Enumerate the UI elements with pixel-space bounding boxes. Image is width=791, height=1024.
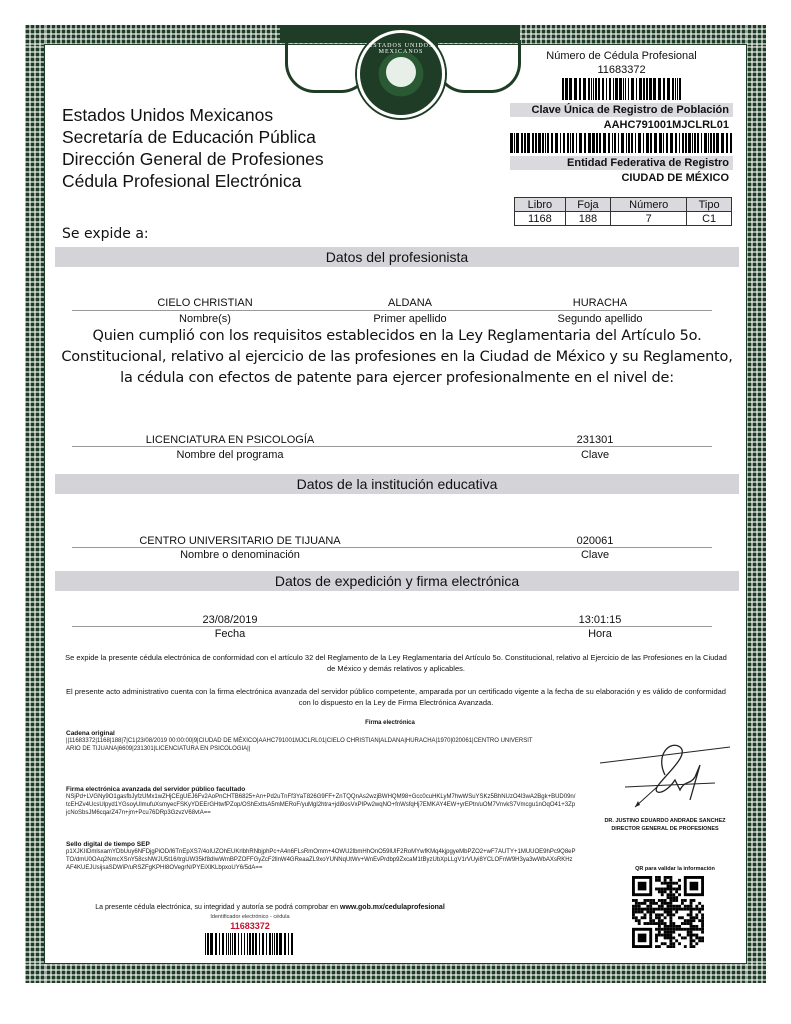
cedula-barcode [510, 78, 733, 100]
electronic-id-number: 11683372 [200, 921, 300, 931]
qr-code-icon[interactable] [632, 876, 704, 948]
legal-paragraph-1: Se expide la presente cédula electrónica… [60, 652, 732, 674]
institucion-divider [72, 547, 712, 548]
issuer-line-directorate: Dirección General de Profesiones [62, 148, 324, 170]
document-title: Cédula Profesional Electrónica [62, 170, 324, 192]
programa-value: LICENCIATURA EN PSICOLOGÍA [130, 434, 330, 446]
registry-header-numero: Número [611, 198, 687, 212]
registry-table: Libro Foja Número Tipo 1168 188 7 C1 [514, 197, 732, 226]
legal-paragraph-2: El presente acto administrativo cuenta c… [60, 686, 732, 708]
seal-text: ESTADOS UNIDOS MEXICANOS [360, 43, 442, 55]
qr-label: QR para validar la información [615, 866, 735, 872]
registry-tipo: C1 [687, 212, 732, 226]
primer-apellido-value: ALDANA [340, 297, 480, 309]
verification-text: La presente cédula electrónica, su integ… [95, 904, 340, 911]
registry-header-tipo: Tipo [687, 198, 732, 212]
issued-to-label: Se expide a: [62, 226, 149, 242]
handwritten-signature-icon [595, 735, 735, 810]
crest-right-ornament [435, 40, 521, 93]
issuer-line-secretariat: Secretaría de Educación Pública [62, 126, 324, 148]
section-header-profesionista: Datos del profesionista [55, 247, 739, 267]
curp-barcode [510, 133, 733, 153]
registry-libro: 1168 [515, 212, 566, 226]
firma-title: Firma electrónica [330, 720, 450, 726]
electronic-id-label: Identificador electrónico - cédula [200, 914, 300, 920]
nombres-label: Nombre(s) [125, 313, 285, 325]
expedicion-divider [72, 626, 712, 627]
institucion-clave-value: 020061 [560, 535, 630, 547]
registry-block: Número de Cédula Profesional 11683372 Cl… [510, 50, 733, 186]
section-header-expedicion: Datos de expedición y firma electrónica [55, 571, 739, 591]
verification-link[interactable]: www.gob.mx/cedulaprofesional [340, 904, 445, 911]
director-title: DIRECTOR GENERAL DE PROFESIONES [585, 825, 745, 833]
registry-header-foja: Foja [565, 198, 610, 212]
director-name: DR. JUSTINO EDUARDO ANDRADE SANCHEZ [585, 817, 745, 825]
sello-value: p1XJKIIDmlsxamYDbUuy6NFDjgPiOD/l6TnEpXS7… [66, 848, 576, 872]
programa-label: Nombre del programa [130, 449, 330, 461]
servidor-label: Firma electrónica avanzada del servidor … [66, 786, 586, 793]
fecha-value: 23/08/2019 [170, 614, 290, 626]
issuer-line-country: Estados Unidos Mexicanos [62, 104, 324, 126]
programa-divider [72, 446, 712, 447]
primer-apellido-label: Primer apellido [340, 313, 480, 325]
registry-header-libro: Libro [515, 198, 566, 212]
institucion-label: Nombre o denominación [120, 549, 360, 561]
sello-label: Sello digital de tiempo SEP [66, 841, 586, 848]
programa-clave-value: 231301 [560, 434, 630, 446]
cedula-number-label: Número de Cédula Profesional [510, 50, 733, 62]
curp-value: AAHC791001MJCLRL01 [510, 117, 733, 133]
issuer-title-block: Estados Unidos Mexicanos Secretaría de E… [62, 104, 324, 192]
hora-value: 13:01:15 [560, 614, 640, 626]
cadena-value: ||11683372|1168|188|7|C1|23/08/2019 00:0… [66, 737, 536, 753]
sello-block: Sello digital de tiempo SEP p1XJKIIDmlsx… [66, 841, 586, 872]
cadena-label: Cadena original [66, 730, 566, 737]
section-header-institucion: Datos de la institución educativa [55, 474, 739, 494]
eagle-icon [386, 57, 416, 87]
segundo-apellido-value: HURACHA [520, 297, 680, 309]
verification-note: La presente cédula electrónica, su integ… [60, 904, 480, 911]
hora-label: Hora [560, 628, 640, 640]
programa-clave-label: Clave [560, 449, 630, 461]
curp-label: Clave Única de Registro de Población [510, 103, 733, 117]
servidor-value: NSjPd+LVGNy9O1gasfbJyfzUMx1wZHjCEgUEJ6Fv… [66, 793, 576, 817]
registry-numero: 7 [611, 212, 687, 226]
institucion-clave-label: Clave [560, 549, 630, 561]
servidor-signature-block: Firma electrónica avanzada del servidor … [66, 786, 586, 817]
institucion-value: CENTRO UNIVERSITARIO DE TIJUANA [120, 535, 360, 547]
compliance-statement: Quien cumplió con los requisitos estable… [55, 326, 739, 389]
entidad-value: CIUDAD DE MÉXICO [510, 170, 733, 186]
registry-foja: 188 [565, 212, 610, 226]
segundo-apellido-label: Segundo apellido [520, 313, 680, 325]
name-divider [72, 310, 712, 311]
fecha-label: Fecha [170, 628, 290, 640]
mexican-coat-of-arms-icon: ESTADOS UNIDOS MEXICANOS [357, 30, 445, 118]
director-block: DR. JUSTINO EDUARDO ANDRADE SANCHEZ DIRE… [585, 817, 745, 833]
nombres-value: CIELO CHRISTIAN [125, 297, 285, 309]
footer-barcode [205, 933, 295, 955]
cadena-original-block: Cadena original ||11683372|1168|188|7|C1… [66, 730, 566, 753]
entidad-label: Entidad Federativa de Registro [510, 156, 733, 170]
cedula-number: 11683372 [510, 64, 733, 76]
